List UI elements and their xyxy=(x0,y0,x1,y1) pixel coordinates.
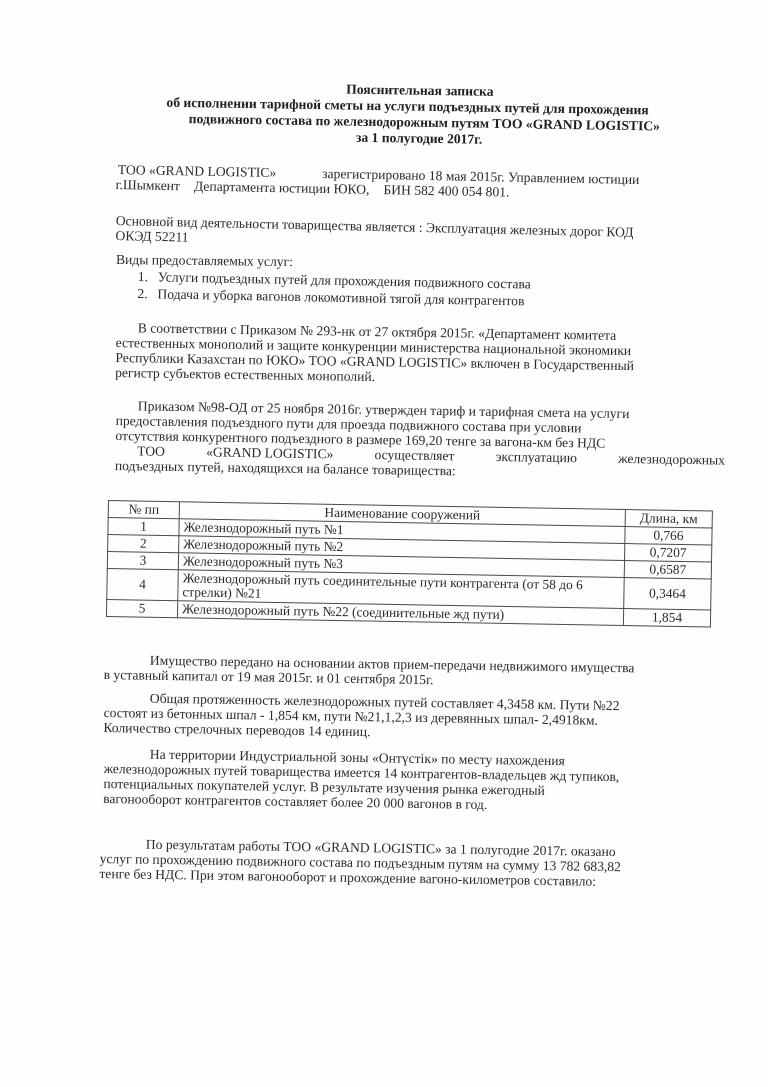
word: ТОО xyxy=(137,443,165,458)
tracks-table-wrapper: № пп Наименование сооружений Длина, км 1… xyxy=(106,500,718,628)
word: железнодорожных xyxy=(618,451,725,468)
cell-num: 5 xyxy=(106,599,177,617)
cell-length: 0,6587 xyxy=(624,561,711,580)
word: эксплуатацию xyxy=(496,449,578,465)
cell-length: 0,3464 xyxy=(624,578,712,611)
order-293-paragraph: В соответствии с Приказом № 293-нк от 27… xyxy=(115,320,726,390)
services-heading: Виды предоставляемых услуг: xyxy=(116,252,293,269)
registration-paragraph: ТОО «GRAND LOGISTIC»зарегистрировано 18 … xyxy=(115,162,725,204)
list-number: 1. xyxy=(138,268,158,285)
document-title: Пояснительная записка об исполнении тари… xyxy=(119,78,720,151)
tracks-table: № пп Наименование сооружений Длина, км 1… xyxy=(106,500,713,628)
department: Департамента юстиции ЮКО, xyxy=(194,179,370,197)
activity-paragraph: Основной вид деятельности товарищества я… xyxy=(115,213,726,257)
cell-length: 0,7207 xyxy=(625,544,712,563)
list-number: 2. xyxy=(137,285,157,302)
cell-num: 1 xyxy=(108,518,179,536)
header-length: Длина, км xyxy=(625,510,712,529)
word: осуществляет xyxy=(374,447,454,463)
cell-num: 4 xyxy=(107,568,179,600)
track-length-paragraph: Общая протяженность железнодорожных путе… xyxy=(103,690,714,745)
order-98-paragraph: Приказом №98-ОД от 25 ноября 2016г. утве… xyxy=(115,398,726,483)
bin-number: БИН 582 400 054 801. xyxy=(383,182,509,199)
document-page: Пояснительная записка об исполнении тари… xyxy=(0,0,768,1087)
property-paragraph: Имущество передано на основании актов пр… xyxy=(104,652,714,692)
header-num: № пп xyxy=(108,501,179,519)
territory-paragraph: На территории Индустриальной зоны «Онтүс… xyxy=(103,746,714,816)
city: г.Шымкент xyxy=(115,177,180,193)
results-paragraph: По результатам работы ТОО «GRAND LOGISTI… xyxy=(99,836,710,891)
services-list: 1.Услуги подъездных путей для прохождени… xyxy=(137,268,531,310)
cell-length: 0,766 xyxy=(625,527,712,546)
cell-num: 3 xyxy=(107,552,178,570)
cell-num: 2 xyxy=(108,535,179,553)
cell-length: 1,854 xyxy=(623,609,710,628)
